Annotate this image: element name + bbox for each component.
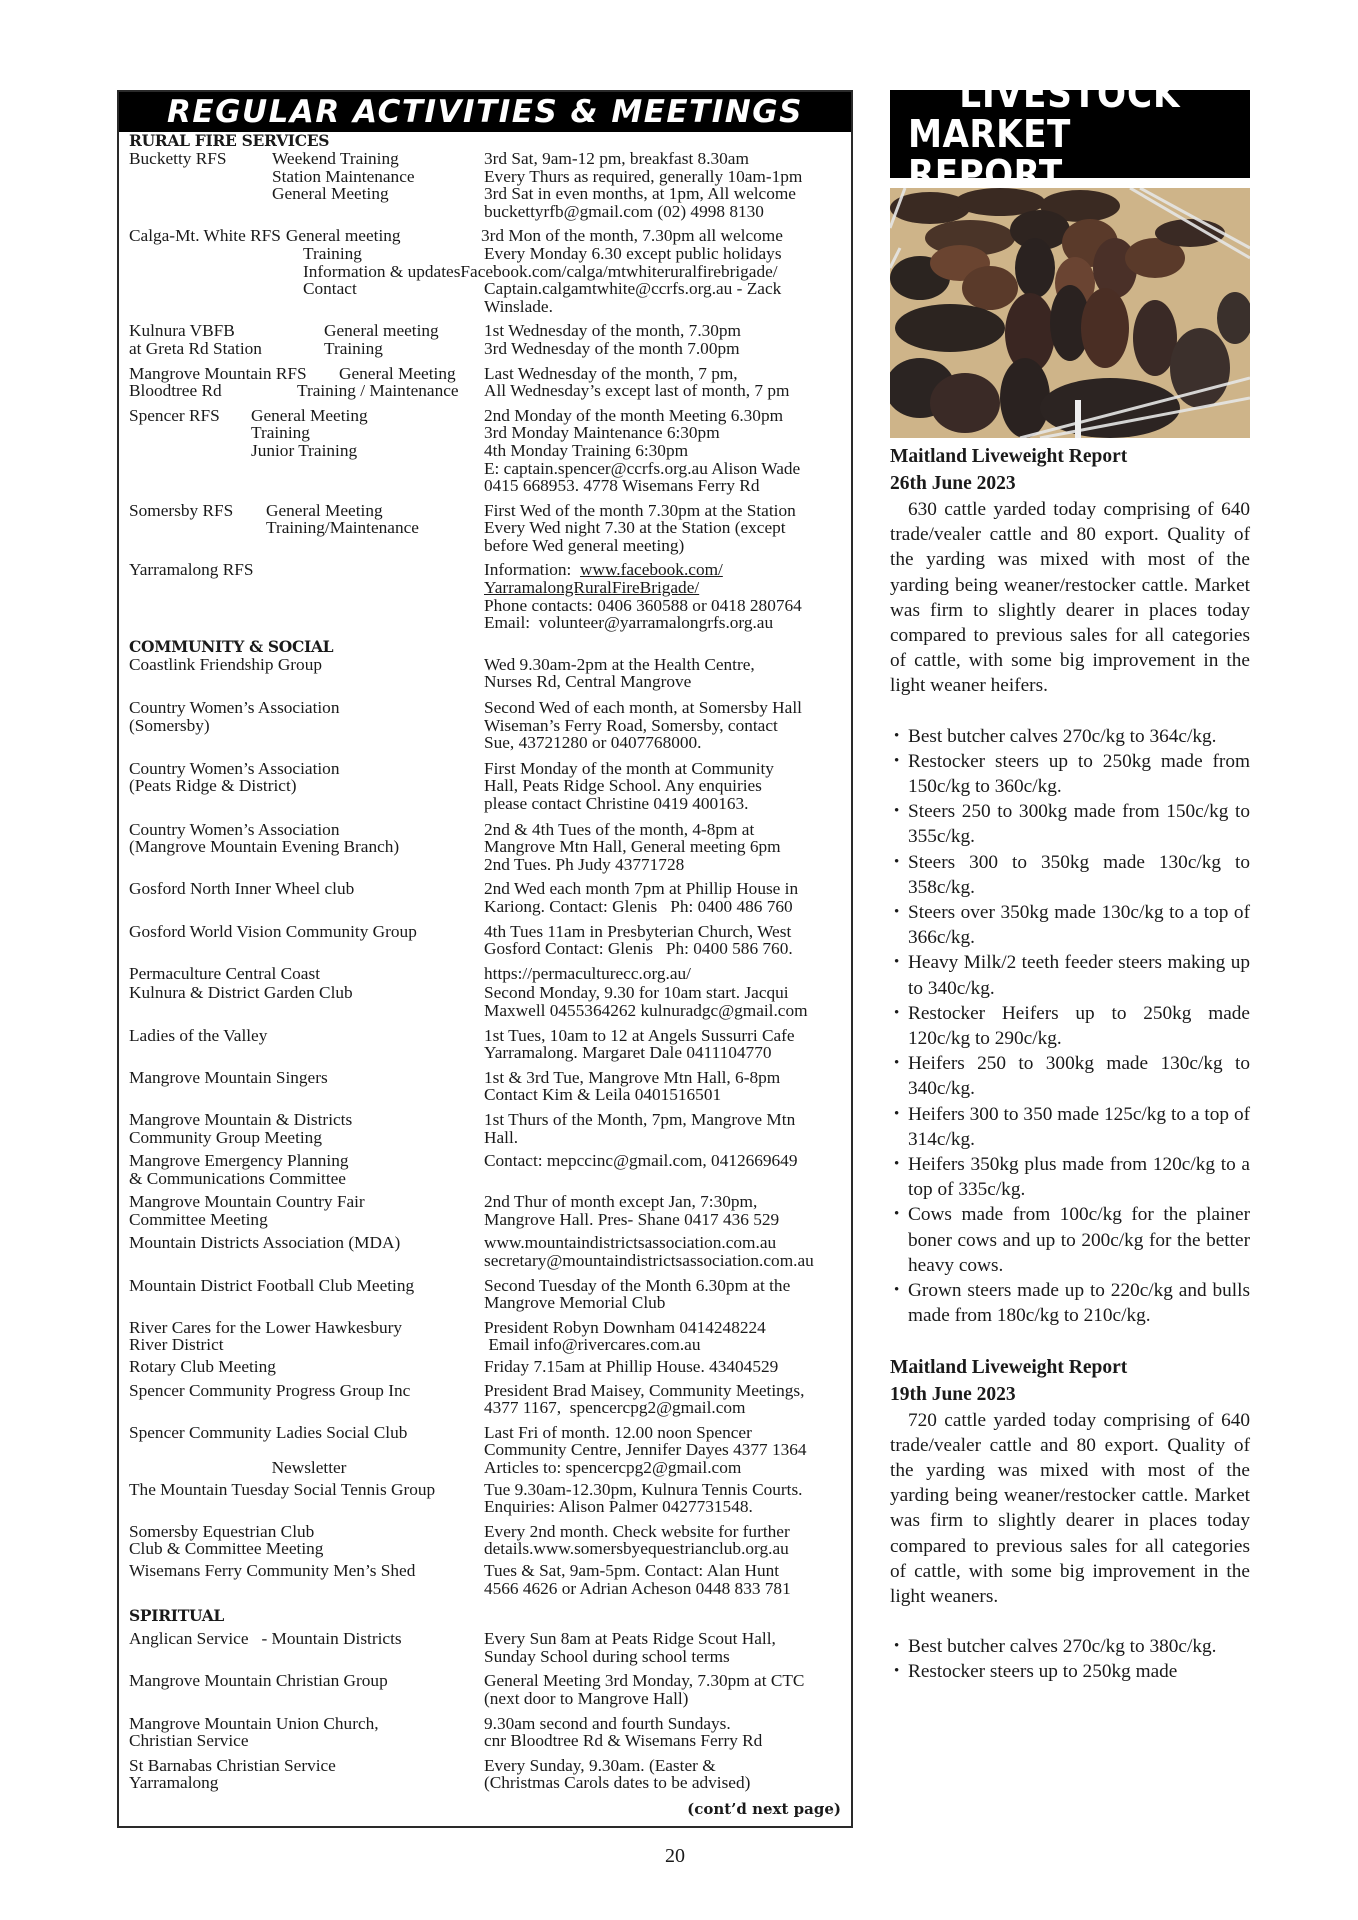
schedule: 3rd Sat, 9am-12 pm, breakfast 8.30am xyxy=(484,150,749,168)
schedule: 1st Tues, 10am to 12 at Angels Sussurri … xyxy=(484,1027,843,1062)
org-name: Ladies of the Valley xyxy=(129,1027,484,1062)
schedule: 3rd Monday Maintenance 6:30pm xyxy=(484,424,720,442)
list-item: Country Women’s Association (Mangrove Mo… xyxy=(129,821,843,874)
org-name: Yarramalong RFS xyxy=(129,561,484,631)
org-name: River Cares for the Lower Hawkesbury Riv… xyxy=(129,1319,484,1354)
list-item: St Barnabas Christian Service Yarramalon… xyxy=(129,1757,843,1792)
activity: Station Maintenance xyxy=(272,168,484,186)
org-name: The Mountain Tuesday Social Tennis Group xyxy=(129,1481,484,1516)
list-item: Spencer Community Progress Group IncPres… xyxy=(129,1382,843,1417)
list-item: Mangrove Emergency Planning & Communicat… xyxy=(129,1152,843,1187)
list-item: Mangrove Mountain Country Fair Committee… xyxy=(129,1193,843,1228)
org-name: Mangrove Mountain Singers xyxy=(129,1069,484,1104)
page-number: 20 xyxy=(665,1845,685,1868)
continued-next-page-note: (cont’d next page) xyxy=(687,1800,841,1818)
schedule: Every Thurs as required, generally 10am-… xyxy=(484,168,802,186)
org-location: at Greta Rd Station xyxy=(129,340,324,358)
org-name: Somersby Equestrian Club Club & Committe… xyxy=(129,1523,484,1558)
activity: General meeting xyxy=(286,227,401,245)
org-name: Bucketty RFS xyxy=(129,150,272,168)
report-title: Maitland Liveweight Report xyxy=(890,1354,1250,1381)
org-name: Spencer Community Progress Group Inc xyxy=(129,1382,484,1417)
meetings-listing: RURAL FIRE SERVICES Bucketty RFS Weekend… xyxy=(119,132,851,1792)
org-name: St Barnabas Christian Service Yarramalon… xyxy=(129,1757,484,1792)
schedule: Every Sunday, 9.30am. (Easter & (Christm… xyxy=(484,1757,843,1792)
cattle-photo-illustration xyxy=(890,188,1250,438)
price-bullet: Heifers 350kg plus made from 120c/kg to … xyxy=(890,1152,1250,1202)
contact-phone: 0415 668953. 4778 Wisemans Ferry Rd xyxy=(484,477,759,495)
activity: Training xyxy=(251,424,484,442)
list-item: Anglican Service - Mountain DistrictsEve… xyxy=(129,1630,843,1665)
cattle-yard-photo xyxy=(890,188,1250,438)
list-item: River Cares for the Lower Hawkesbury Riv… xyxy=(129,1319,843,1354)
org-name: Calga-Mt. White RFS xyxy=(129,227,281,245)
price-bullet: Steers 250 to 300kg made from 150c/kg to… xyxy=(890,799,1250,849)
price-bullet: Restocker steers up to 250kg made xyxy=(890,1659,1250,1684)
report-summary: 630 cattle yarded today comprising of 64… xyxy=(890,497,1250,699)
price-bullets: Best butcher calves 270c/kg to 380c/kg. … xyxy=(890,1634,1250,1684)
section-heading-community: COMMUNITY & SOCIAL xyxy=(129,638,843,656)
rfs-entry-spencer: Spencer RFS General Meeting 2nd Monday o… xyxy=(129,407,843,495)
org-location: Bloodtree Rd xyxy=(129,382,297,400)
schedule: Every Monday 6.30 except public holidays xyxy=(484,245,782,263)
schedule: 3rd Wednesday of the month 7.00pm xyxy=(484,340,740,358)
price-bullet: Best butcher calves 270c/kg to 380c/kg. xyxy=(890,1634,1250,1659)
contact-email: Captain.calgamtwhite@ccrfs.org.au - Zack xyxy=(484,280,781,298)
price-bullets: Best butcher calves 270c/kg to 364c/kg. … xyxy=(890,724,1250,1329)
org-name: Gosford North Inner Wheel club xyxy=(129,880,484,915)
activity: Contact xyxy=(303,280,484,298)
schedule: General Meeting 3rd Monday, 7.30pm at CT… xyxy=(484,1672,843,1707)
list-item: Kulnura & District Garden ClubSecond Mon… xyxy=(129,984,843,1019)
list-item: Country Women’s Association (Peats Ridge… xyxy=(129,760,843,813)
org-name: Mountain District Football Club Meeting xyxy=(129,1277,484,1312)
report-summary: 720 cattle yarded today comprising of 64… xyxy=(890,1408,1250,1610)
list-item: Mangrove Mountain Singers1st & 3rd Tue, … xyxy=(129,1069,843,1104)
schedule: Second Monday, 9.30 for 10am start. Jacq… xyxy=(484,984,843,1019)
price-bullet: Restocker Heifers up to 250kg made 120c/… xyxy=(890,1001,1250,1051)
org-name: Mangrove Mountain Christian Group xyxy=(129,1672,484,1707)
org-name: Kulnura VBFB xyxy=(129,322,324,340)
report-title: Maitland Liveweight Report xyxy=(890,443,1250,470)
schedule: Contact: mepccinc@gmail.com, 0412669649 xyxy=(484,1152,843,1187)
activity: Information & updates xyxy=(303,263,460,281)
org-name: Spencer RFS xyxy=(129,407,251,425)
org-name: Spencer Community Ladies Social Club New… xyxy=(129,1424,484,1477)
schedule: 4th Monday Training 6:30pm xyxy=(484,442,688,460)
livestock-report-column: LIVESTOCK MARKET REPORT xyxy=(890,90,1250,1685)
schedule: Tue 9.30am-12.30pm, Kulnura Tennis Court… xyxy=(484,1481,843,1516)
schedule: Second Wed of each month, at Somersby Ha… xyxy=(484,699,843,752)
schedule: 3rd Sat in even months, at 1pm, All welc… xyxy=(484,185,796,203)
title-line-2: MARKET REPORT xyxy=(908,114,1232,194)
list-item: The Mountain Tuesday Social Tennis Group… xyxy=(129,1481,843,1516)
livestock-report-title: LIVESTOCK MARKET REPORT xyxy=(890,90,1250,178)
org-name: Mountain Districts Association (MDA) xyxy=(129,1234,484,1269)
activity: General meeting xyxy=(324,322,484,340)
list-item: Mangrove Mountain Union Church, Christia… xyxy=(129,1715,843,1750)
schedule: 1st Wednesday of the month, 7.30pm xyxy=(484,322,741,340)
price-bullet: Grown steers made up to 220c/kg and bull… xyxy=(890,1278,1250,1328)
facebook-link[interactable]: www.facebook.com/ xyxy=(580,560,723,579)
facebook-link[interactable]: Facebook.com/calga/mtwhiteruralfirebriga… xyxy=(460,263,777,281)
schedule: 2nd Thur of month except Jan, 7:30pm, Ma… xyxy=(484,1193,843,1228)
org-name: Permaculture Central Coast xyxy=(129,965,484,983)
schedule: 3rd Mon of the month, 7.30pm all welcome xyxy=(481,227,783,245)
schedule: First Monday of the month at Community H… xyxy=(484,760,843,813)
list-item: Permaculture Central Coasthttps://permac… xyxy=(129,965,843,983)
price-bullet: Steers over 350kg made 130c/kg to a top … xyxy=(890,900,1250,950)
org-name: Rotary Club Meeting xyxy=(129,1358,484,1376)
schedule: Wed 9.30am-2pm at the Health Centre, Nur… xyxy=(484,656,843,691)
report-date: 26th June 2023 xyxy=(890,470,1250,497)
contact-phone: Phone contacts: 0406 360588 or 0418 2807… xyxy=(484,597,843,615)
schedule: President Robyn Downham 0414248224 Email… xyxy=(484,1319,843,1354)
market-report-26-june: Maitland Liveweight Report 26th June 202… xyxy=(890,443,1250,1329)
schedule: All Wednesday’s except last of month, 7 … xyxy=(484,382,789,400)
schedule: 1st Thurs of the Month, 7pm, Mangrove Mt… xyxy=(484,1111,843,1146)
price-bullet: Heavy Milk/2 teeth feeder steers making … xyxy=(890,950,1250,1000)
schedule: President Brad Maisey, Community Meeting… xyxy=(484,1382,843,1417)
list-item: Wisemans Ferry Community Men’s ShedTues … xyxy=(129,1562,843,1597)
list-item: Mountain Districts Association (MDA)www.… xyxy=(129,1234,843,1269)
list-item: Gosford North Inner Wheel club2nd Wed ea… xyxy=(129,880,843,915)
schedule: Friday 7.15am at Phillip House. 43404529 xyxy=(484,1358,843,1376)
schedule: Every 2nd month. Check website for furth… xyxy=(484,1523,843,1558)
website-link[interactable]: https://permaculturecc.org.au/ xyxy=(484,965,843,983)
org-name: Gosford World Vision Community Group xyxy=(129,923,484,958)
org-name: Wisemans Ferry Community Men’s Shed xyxy=(129,1562,484,1597)
rfs-entry-calga: Calga-Mt. White RFS General meeting 3rd … xyxy=(129,227,843,315)
org-name: Mangrove Mountain Union Church, Christia… xyxy=(129,1715,484,1750)
rfs-entry-yarramalong: Yarramalong RFS Information: www.faceboo… xyxy=(129,561,843,631)
price-bullet: Best butcher calves 270c/kg to 364c/kg. xyxy=(890,724,1250,749)
schedule: Second Tuesday of the Month 6.30pm at th… xyxy=(484,1277,843,1312)
facebook-link-continued[interactable]: YarramalongRuralFireBrigade/ xyxy=(484,578,699,597)
org-name: Mangrove Mountain Country Fair Committee… xyxy=(129,1193,484,1228)
org-name: Mangrove Emergency Planning & Communicat… xyxy=(129,1152,484,1187)
list-item: Rotary Club MeetingFriday 7.15am at Phil… xyxy=(129,1358,843,1376)
schedule: 2nd Monday of the month Meeting 6.30pm xyxy=(484,407,783,425)
regular-activities-title: REGULAR ACTIVITIES & MEETINGS xyxy=(119,92,851,132)
activity: Training/Maintenance xyxy=(266,519,484,537)
section-heading-spiritual: SPIRITUAL xyxy=(129,1607,843,1625)
price-bullet: Cows made from 100c/kg for the plainer b… xyxy=(890,1202,1250,1278)
schedule: 1st & 3rd Tue, Mangrove Mtn Hall, 6-8pm … xyxy=(484,1069,843,1104)
rfs-entry-kulnura: Kulnura VBFB General meeting 1st Wednesd… xyxy=(129,322,843,357)
org-name: Country Women’s Association (Peats Ridge… xyxy=(129,760,484,813)
activity: General Meeting xyxy=(251,407,484,425)
org-name: Mangrove Mountain & Districts Community … xyxy=(129,1111,484,1146)
spiritual-list: Anglican Service - Mountain DistrictsEve… xyxy=(129,1630,843,1792)
org-name: Country Women’s Association (Somersby) xyxy=(129,699,484,752)
rfs-entry-somersby: Somersby RFS General Meeting First Wed o… xyxy=(129,502,843,555)
list-item: Mountain District Football Club MeetingS… xyxy=(129,1277,843,1312)
org-name: Mangrove Mountain RFS xyxy=(129,365,339,383)
schedule: Last Fri of month. 12.00 noon Spencer Co… xyxy=(484,1424,843,1477)
rfs-entry-mangrove-mountain: Mangrove Mountain RFS General Meeting La… xyxy=(129,365,843,400)
list-item: Somersby Equestrian Club Club & Committe… xyxy=(129,1523,843,1558)
schedule: First Wed of the month 7.30pm at the Sta… xyxy=(484,502,796,520)
schedule: 2nd Wed each month 7pm at Phillip House … xyxy=(484,880,843,915)
org-name: Somersby RFS xyxy=(129,502,266,520)
list-item: Ladies of the Valley1st Tues, 10am to 12… xyxy=(129,1027,843,1062)
price-bullet: Heifers 300 to 350 made 125c/kg to a top… xyxy=(890,1102,1250,1152)
list-item: Country Women’s Association (Somersby)Se… xyxy=(129,699,843,752)
activity: General Meeting xyxy=(266,502,484,520)
community-list: Coastlink Friendship GroupWed 9.30am-2pm… xyxy=(129,656,843,1597)
report-date: 19th June 2023 xyxy=(890,1381,1250,1408)
website-link[interactable]: www.mountaindistrictsassociation.com.au … xyxy=(484,1234,843,1269)
price-bullet: Heifers 250 to 300kg made 130c/kg to 340… xyxy=(890,1051,1250,1101)
schedule: Every Wed night 7.30 at the Station (exc… xyxy=(484,519,786,537)
list-item: Coastlink Friendship GroupWed 9.30am-2pm… xyxy=(129,656,843,691)
list-item: Mangrove Mountain Christian GroupGeneral… xyxy=(129,1672,843,1707)
list-item: Mangrove Mountain & Districts Community … xyxy=(129,1111,843,1146)
schedule: Tues & Sat, 9am-5pm. Contact: Alan Hunt … xyxy=(484,1562,843,1597)
list-item: Spencer Community Ladies Social Club New… xyxy=(129,1424,843,1477)
org-name: Country Women’s Association (Mangrove Mo… xyxy=(129,821,484,874)
contact-name: Winslade. xyxy=(484,298,553,316)
schedule: before Wed general meeting) xyxy=(484,537,684,555)
schedule: 9.30am second and fourth Sundays. cnr Bl… xyxy=(484,1715,843,1750)
activity: General Meeting xyxy=(272,185,484,203)
activity: General Meeting xyxy=(339,365,484,383)
activity: Training / Maintenance xyxy=(297,382,484,400)
contact-email: Email: volunteer@yarramalongrfs.org.au xyxy=(484,614,843,632)
schedule: Every Sun 8am at Peats Ridge Scout Hall,… xyxy=(484,1630,843,1665)
regular-activities-panel: REGULAR ACTIVITIES & MEETINGS RURAL FIRE… xyxy=(117,90,853,1828)
price-bullet: Steers 300 to 350kg made 130c/kg to 358c… xyxy=(890,850,1250,900)
activity: Junior Training xyxy=(251,442,484,460)
info-label: Information: xyxy=(484,560,580,579)
section-heading-rural-fire: RURAL FIRE SERVICES xyxy=(129,132,843,150)
activity: Training xyxy=(303,245,484,263)
title-line-1: LIVESTOCK xyxy=(959,74,1180,114)
market-report-19-june: Maitland Liveweight Report 19th June 202… xyxy=(890,1354,1250,1685)
activity: Training xyxy=(324,340,484,358)
activity: Weekend Training xyxy=(272,150,484,168)
rfs-entry-bucketty: Bucketty RFS Weekend Training 3rd Sat, 9… xyxy=(129,150,843,220)
schedule: Last Wednesday of the month, 7 pm, xyxy=(484,365,738,383)
schedule: 2nd & 4th Tues of the month, 4-8pm at Ma… xyxy=(484,821,843,874)
org-name: Coastlink Friendship Group xyxy=(129,656,484,691)
list-item: Gosford World Vision Community Group4th … xyxy=(129,923,843,958)
org-name: Kulnura & District Garden Club xyxy=(129,984,484,1019)
price-bullet: Restocker steers up to 250kg made from 1… xyxy=(890,749,1250,799)
schedule: 4th Tues 11am in Presbyterian Church, We… xyxy=(484,923,843,958)
org-name: Anglican Service - Mountain Districts xyxy=(129,1630,484,1665)
contact-email: E: captain.spencer@ccrfs.org.au Alison W… xyxy=(484,460,800,478)
contact-email: buckettyrfb@gmail.com (02) 4998 8130 xyxy=(484,203,764,221)
